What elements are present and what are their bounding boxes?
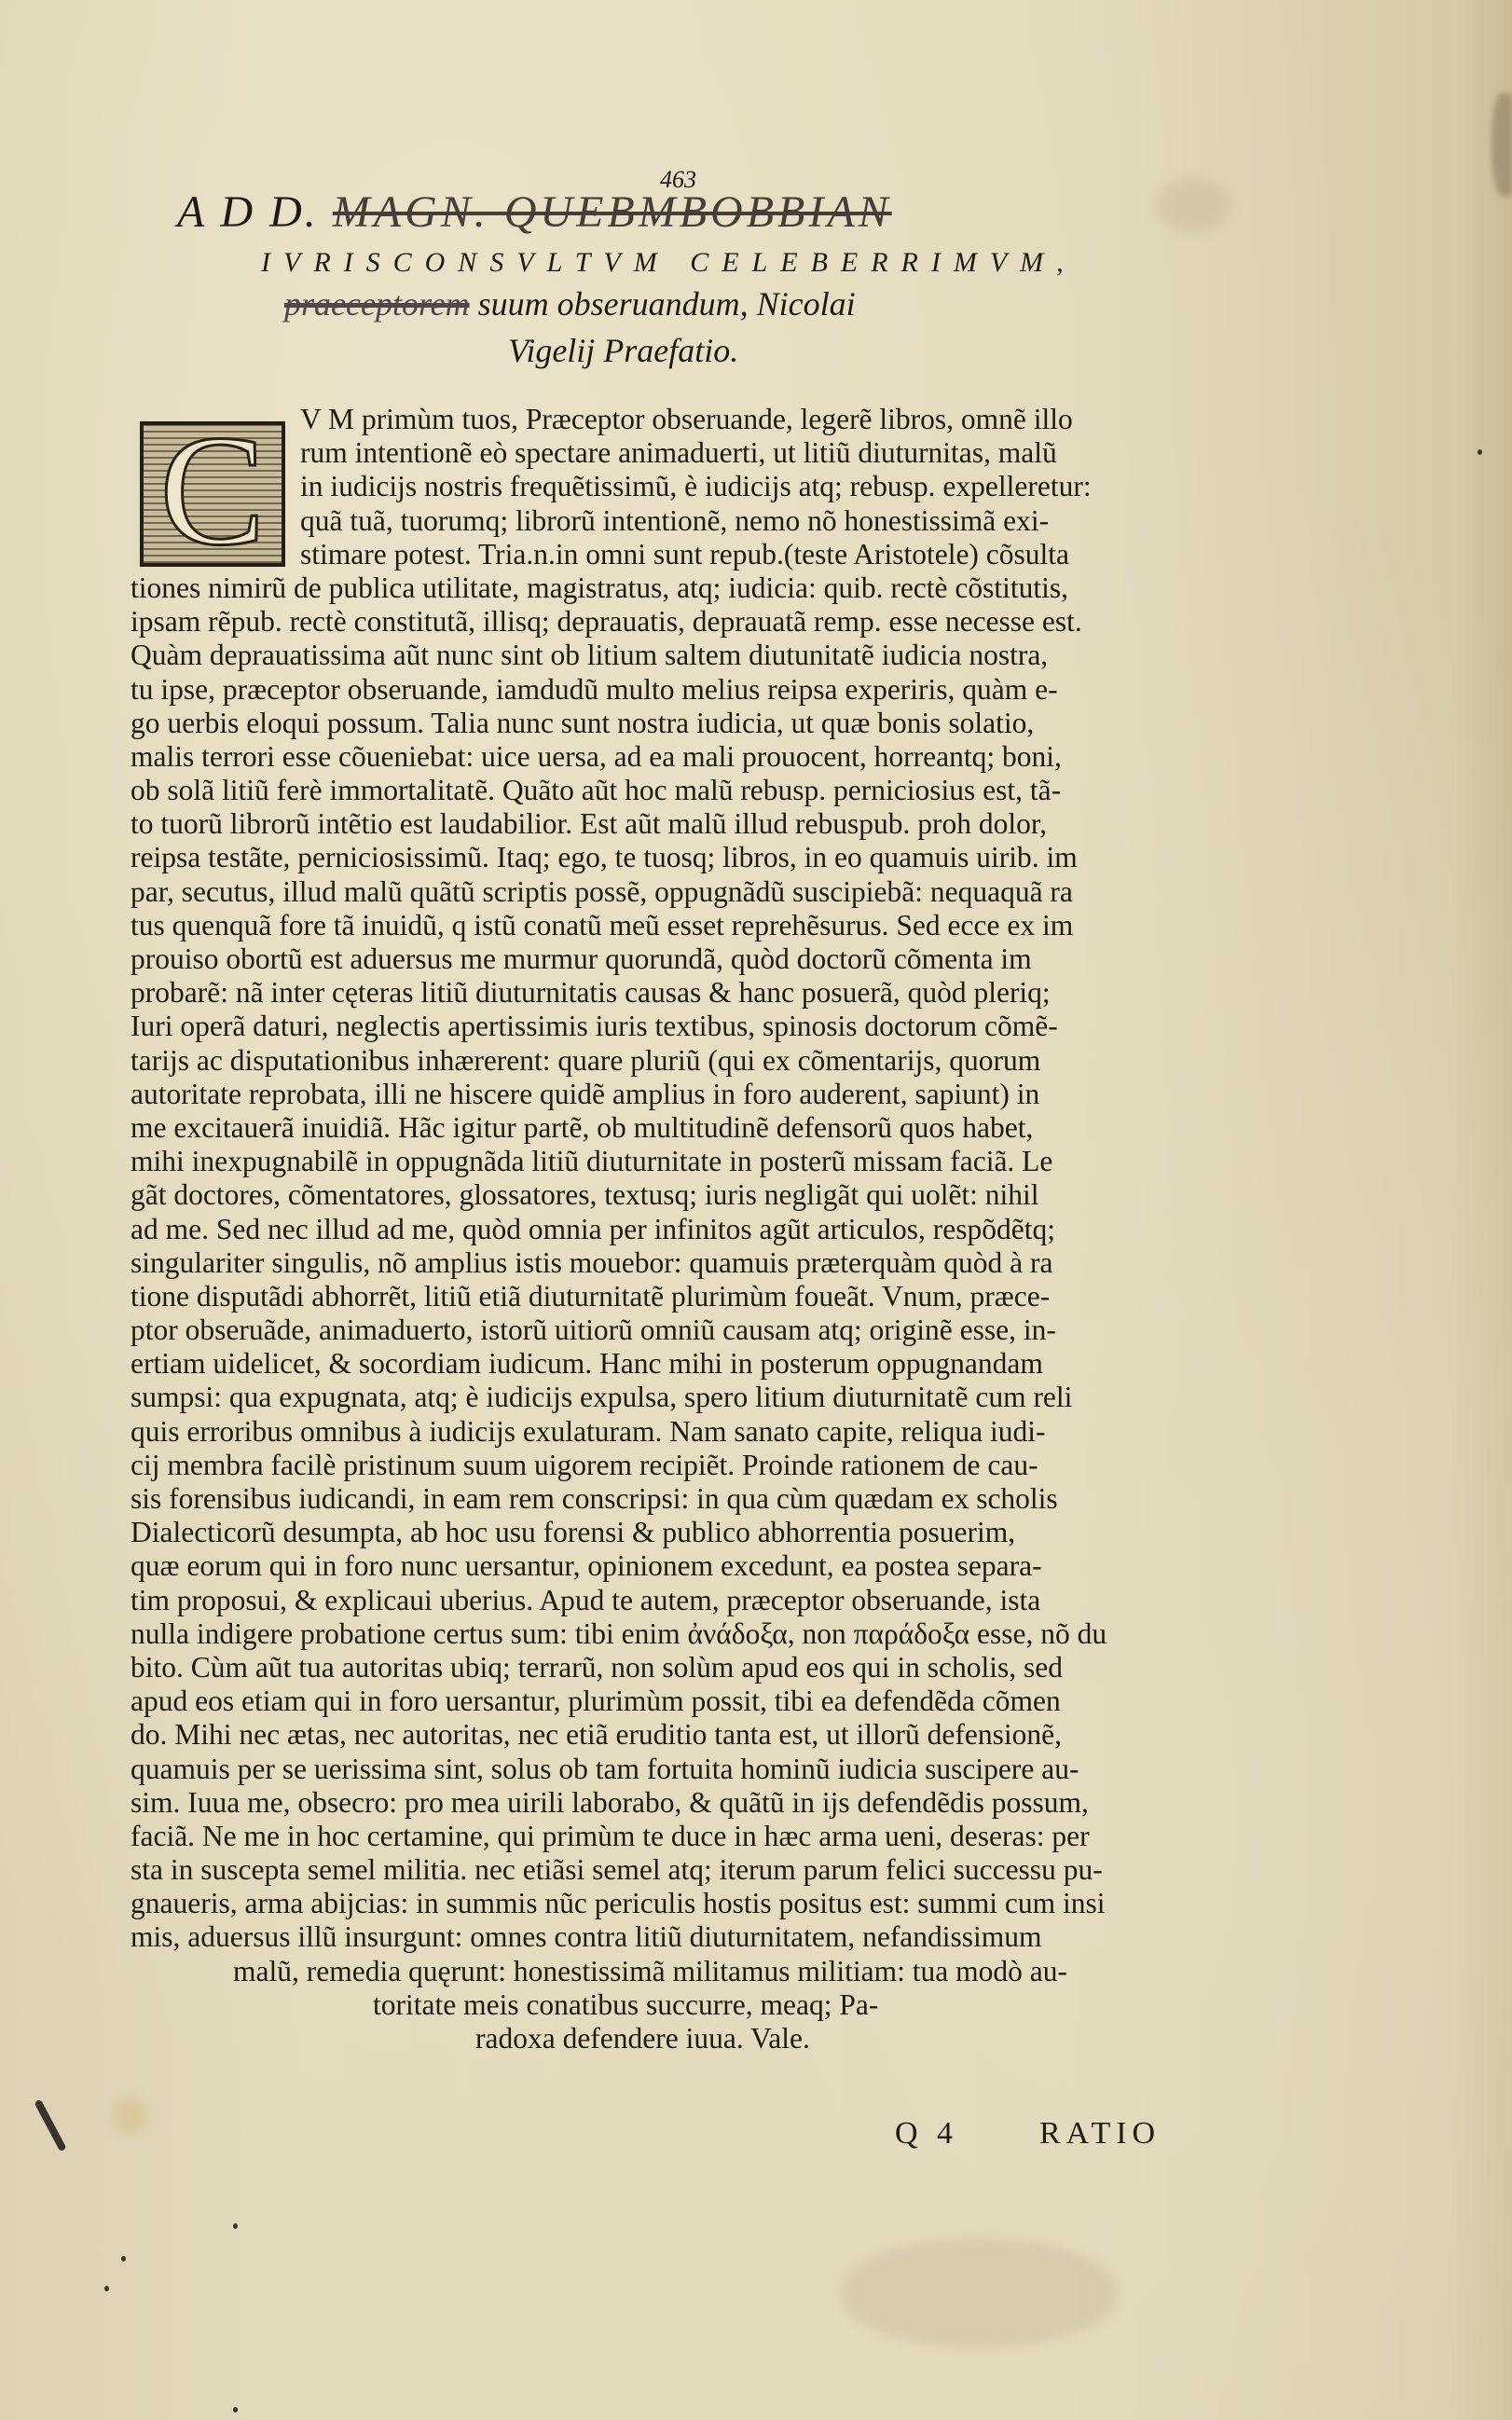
text-line: tus quenquã fore tã inuidũ, q istũ conat… xyxy=(131,909,1203,942)
closing-line: malũ, remedia quęrunt: honestissimã mili… xyxy=(131,1955,1203,1988)
text-line: sim. Iuua me, obsecro: pro mea uirili la… xyxy=(131,1786,1203,1820)
paper-speck xyxy=(104,2286,109,2291)
text-line: cij membra facilè pristinum suum uigorem… xyxy=(131,1449,1203,1482)
subheading-struck-text: praeceptorem xyxy=(284,285,470,323)
text-line: mihi inexpugnabilẽ in oppugnãda litiũ di… xyxy=(131,1145,1203,1178)
text-line: faciã. Ne me in hoc certamine, qui primù… xyxy=(131,1820,1203,1853)
paper-speck xyxy=(233,2407,238,2413)
signature-mark: Q 4 xyxy=(895,2116,958,2152)
heading: A D D. MAGN. QUEBMBOBBIAN xyxy=(177,186,1212,238)
text-line: gnaueris, arma abijcias: in summis nũc p… xyxy=(131,1887,1203,1920)
text-line: me excitauerã inuidiã. Hãc igitur partẽ,… xyxy=(131,1111,1203,1145)
text-line: quamuis per se uerissima sint, solus ob … xyxy=(131,1753,1203,1786)
heading-prefix: A D D. xyxy=(177,187,319,237)
text-line: sis forensibus iudicandi, in eam rem con… xyxy=(131,1482,1203,1516)
text-line: tiones nimirũ de publica utilitate, magi… xyxy=(131,571,1203,605)
text-line: quã tuã, tuorumq; librorũ intentionẽ, ne… xyxy=(131,504,1203,538)
text-line: tu ipse, præceptor obseruande, iamdudũ m… xyxy=(131,673,1203,707)
paper-speck xyxy=(121,2256,126,2262)
subheading-text: suum obseruandum, Nicolai xyxy=(478,285,856,323)
text-line: reipsa testãte, perniciosissimũ. Itaq; e… xyxy=(131,841,1203,874)
text-line: quis erroribus omnibus à iudicijs exulat… xyxy=(131,1415,1203,1449)
text-line: malis terrori esse cõueniebat: uice uers… xyxy=(131,740,1203,774)
text-line: singulariter singulis, nõ amplius istis … xyxy=(131,1246,1203,1280)
paper-stain xyxy=(112,2097,149,2135)
text-line: Quàm deprauatissima aũt nunc sint ob lit… xyxy=(131,639,1203,672)
heading-struck-text: MAGN. QUEBMBOBBIAN xyxy=(333,187,892,237)
catchword: RATIO xyxy=(1039,2116,1161,2152)
text-line: Iuri operã daturi, neglectis apertissimi… xyxy=(131,1010,1203,1043)
book-page: 463 A D D. MAGN. QUEBMBOBBIAN IVRISCONSV… xyxy=(0,0,1512,2420)
margin-mark xyxy=(34,2099,66,2152)
paper-speck xyxy=(1478,449,1482,455)
text-line: tim proposui, & explicaui uberius. Apud … xyxy=(131,1584,1203,1617)
text-line: ptor obseruãde, animaduerto, istorũ uiti… xyxy=(131,1313,1203,1347)
paper-stain xyxy=(839,2237,1119,2349)
subheading: IVRISCONSVLTVM CELEBERRIMVM, xyxy=(261,247,1077,279)
text-line: ad me. Sed nec illud ad me, quòd omnia p… xyxy=(131,1213,1203,1246)
paper-speck xyxy=(233,2223,238,2229)
text-line: nulla indigere probatione certus sum: ti… xyxy=(131,1617,1203,1651)
page-edge-damage xyxy=(1491,93,1512,196)
text-line: apud eos etiam qui in foro uersantur, pl… xyxy=(131,1684,1203,1718)
text-line: rum intentionẽ eò spectare animaduerti, … xyxy=(131,436,1203,470)
text-line: ertiam uidelicet, & socordiam iudicum. H… xyxy=(131,1347,1203,1381)
text-line: V M primùm tuos, Præceptor obseruande, l… xyxy=(131,403,1203,436)
body-text: V M primùm tuos, Præceptor obseruande, l… xyxy=(131,403,1203,2056)
preface-title: Vigelij Praefatio. xyxy=(508,331,738,370)
text-line: autoritate reprobata, illi ne hiscere qu… xyxy=(131,1078,1203,1111)
text-line: bito. Cùm aũt tua autoritas ubiq; terrar… xyxy=(131,1651,1203,1684)
text-line: stimare potest. Tria.n.in omni sunt repu… xyxy=(131,538,1203,571)
closing-line: radoxa defendere iuua. Vale. xyxy=(131,2022,1203,2056)
text-line: to tuorũ librorũ intẽtio est laudabilior… xyxy=(131,807,1203,841)
text-line: tarijs ac disputationibus inhærerent: qu… xyxy=(131,1044,1203,1078)
text-line: mis, aduersus illũ insurgunt: omnes cont… xyxy=(131,1920,1203,1954)
text-line: par, secutus, illud malũ quãtũ scriptis … xyxy=(131,875,1203,909)
text-line: gãt doctores, cõmentatores, glossatores,… xyxy=(131,1178,1203,1212)
subheading-line-2: praeceptorem suum obseruandum, Nicolai xyxy=(284,284,856,323)
text-line: Dialecticorũ desumpta, ab hoc usu forens… xyxy=(131,1516,1203,1549)
text-line: ob solã litiũ ferè immortalitatẽ. Quãto … xyxy=(131,774,1203,807)
text-line: probarẽ: nã inter cęteras litiũ diuturni… xyxy=(131,976,1203,1010)
text-line: prouiso obortũ est aduersus me murmur qu… xyxy=(131,942,1203,976)
text-line: go uerbis eloqui possum. Talia nunc sunt… xyxy=(131,707,1203,740)
text-line: in iudicijs nostris frequẽtissimũ, è iud… xyxy=(131,470,1203,503)
text-line: tione disputãdi abhorrẽt, litiũ etiã diu… xyxy=(131,1280,1203,1313)
text-line: sta in suscepta semel militia. nec etiãs… xyxy=(131,1853,1203,1887)
closing-line: toritate meis conatibus succurre, meaq; … xyxy=(131,1988,1203,2022)
text-line: quæ eorum qui in foro nunc uersantur, op… xyxy=(131,1549,1203,1583)
text-line: do. Mihi nec ætas, nec autoritas, nec et… xyxy=(131,1718,1203,1752)
text-line: ipsam rẽpub. rectè constitutã, illisq; d… xyxy=(131,605,1203,639)
text-line: sumpsi: qua expugnata, atq; è iudicijs e… xyxy=(131,1381,1203,1414)
